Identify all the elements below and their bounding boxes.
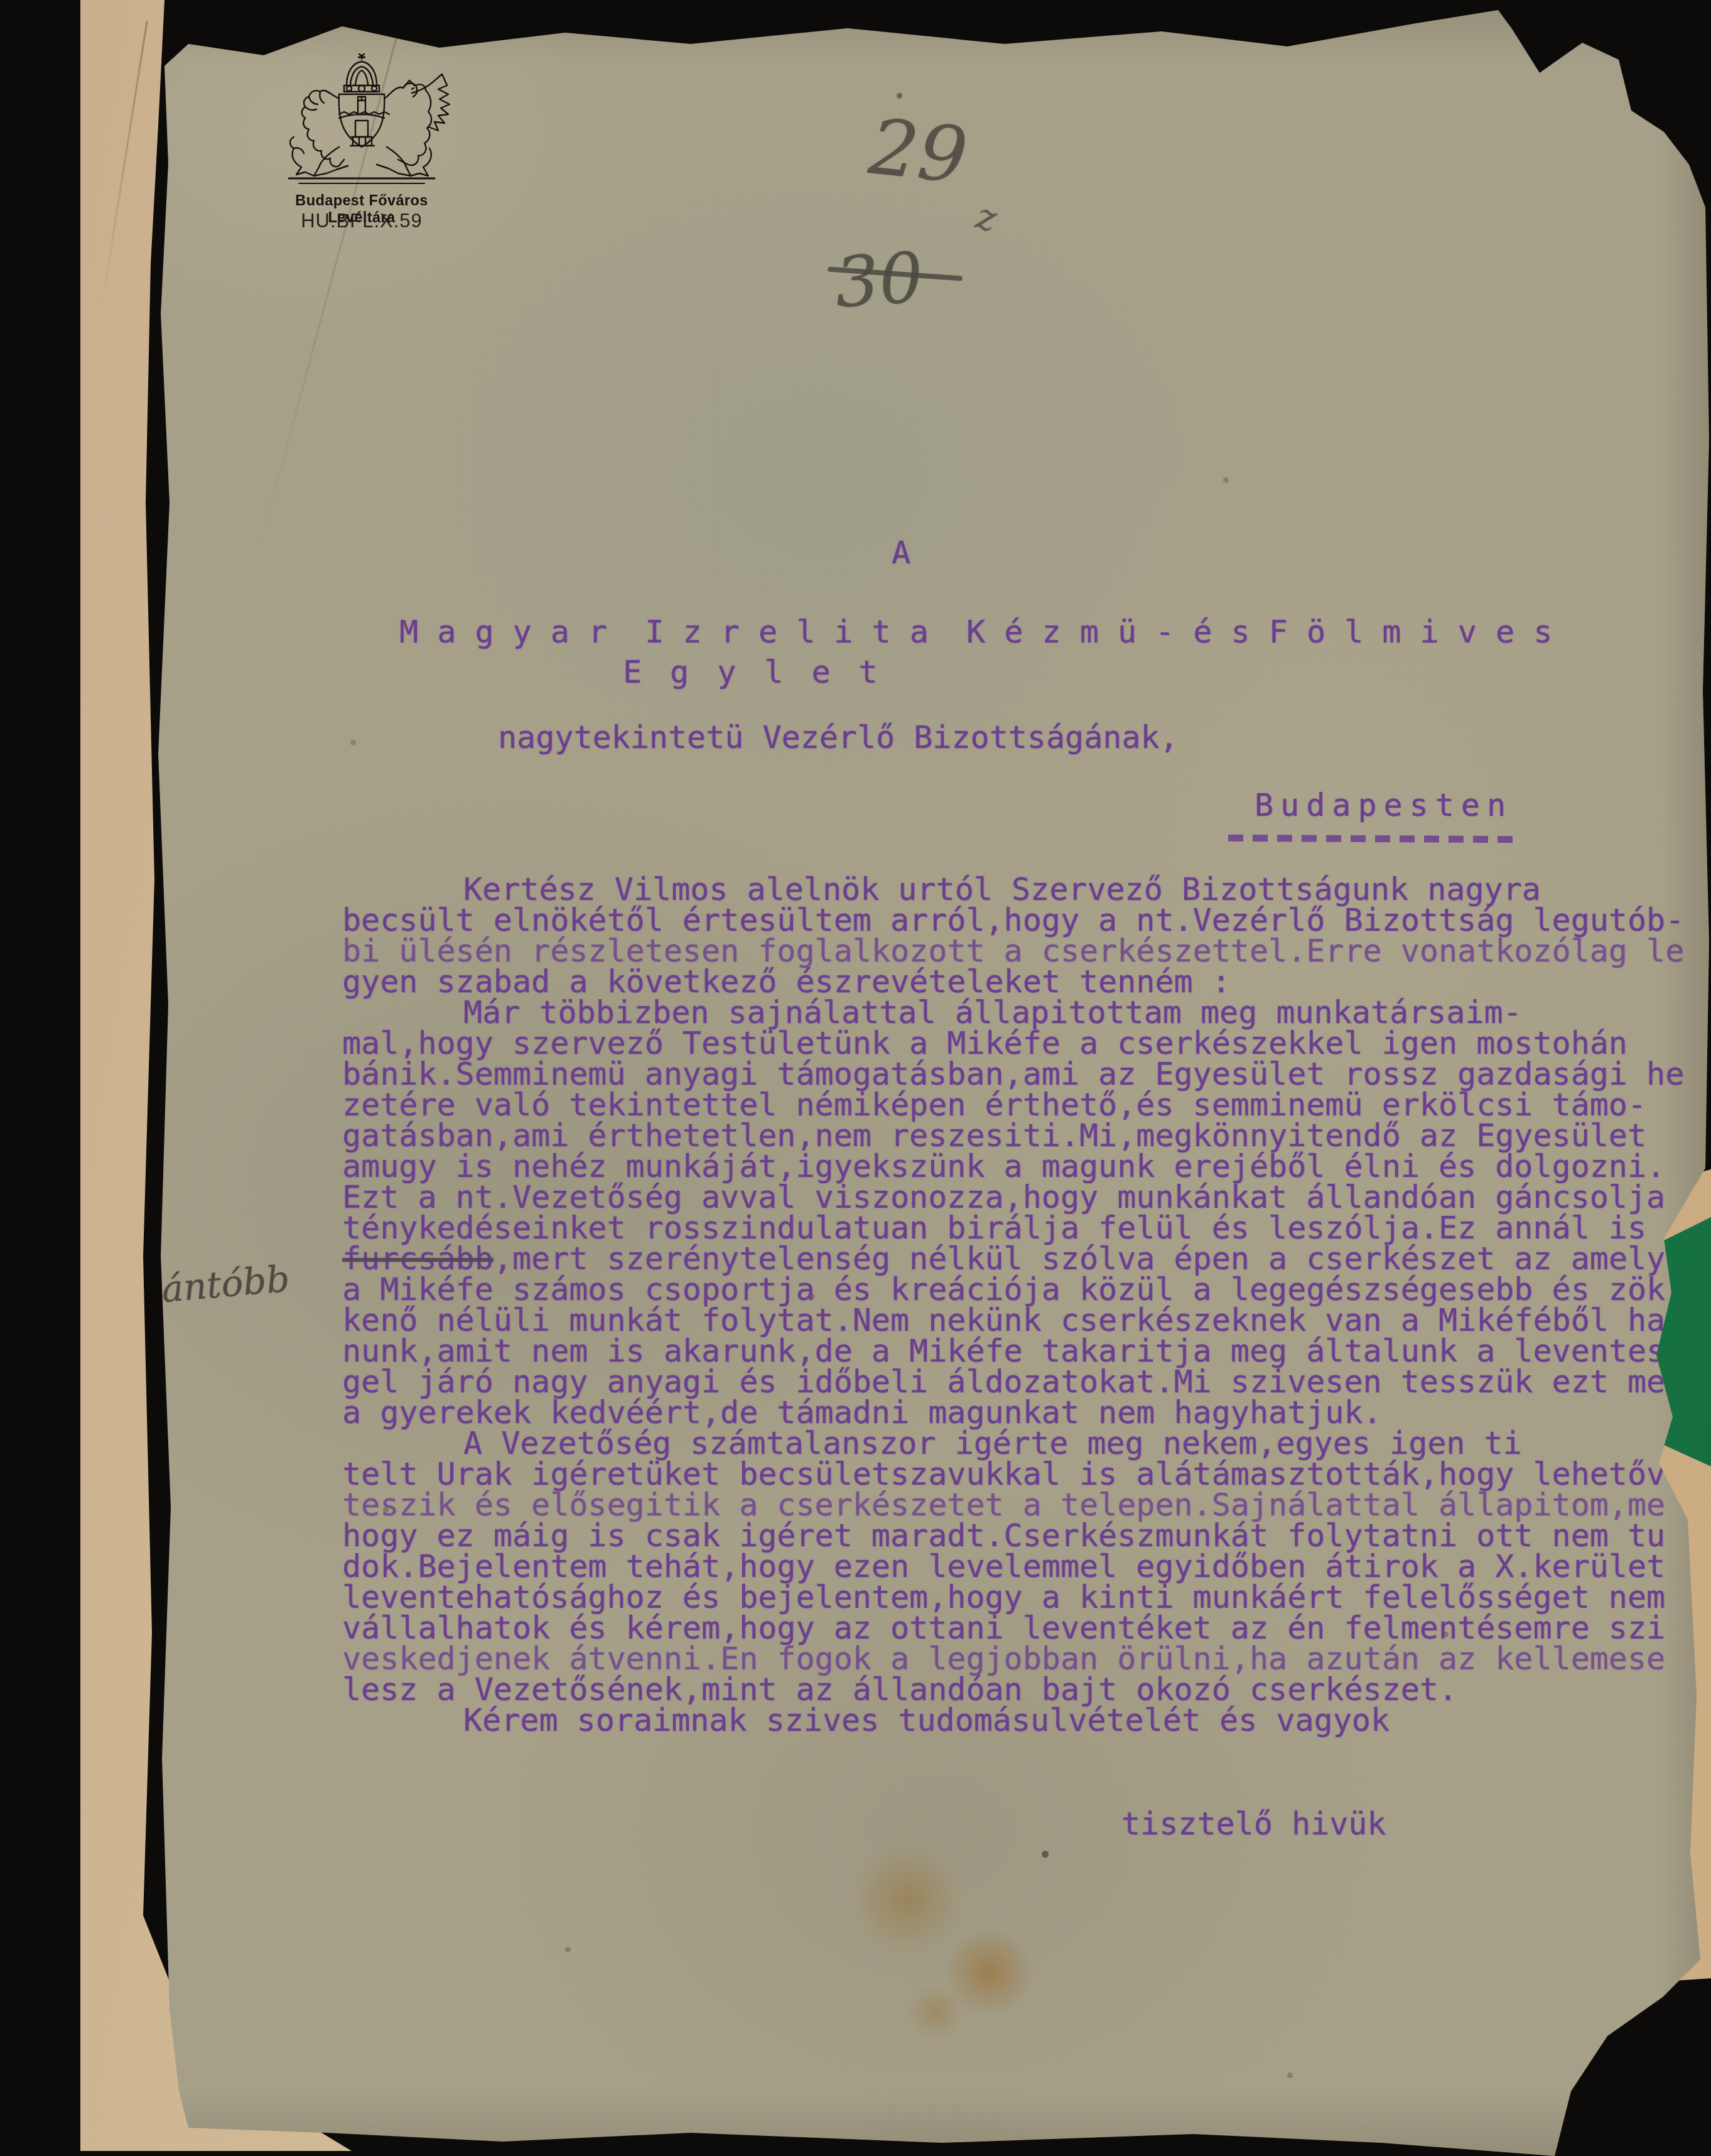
- body-line: kenő nélüli munkát folytat.Nem nekünk cs…: [0, 1305, 1711, 1336]
- body-line: a gyerekek kedvéért,de támadni magunkat …: [0, 1397, 1711, 1428]
- scanned-document-page: Budapest Főváros Levéltára HU.BFL.X.59 2…: [0, 0, 1711, 2156]
- body-line-text: Kérem soraimnak szives tudomásulvételét …: [463, 1702, 1390, 1738]
- body-line: bánik.Semminemü anyagi támogatásban,ami …: [0, 1059, 1711, 1090]
- paper-specks: [0, 0, 3, 3]
- archive-stamp: Budapest Főváros Levéltára HU.BFL.X.59: [264, 53, 460, 186]
- pencil-number-30-crossed: 30: [833, 237, 926, 323]
- paper-stain: [848, 1846, 967, 1953]
- body-line: nunk,amit nem is akarunk,de a Mikéfe tak…: [0, 1336, 1711, 1367]
- body-line: veskedjenek átvenni.En fogok a legjobban…: [0, 1644, 1711, 1674]
- pencil-side-mark: z: [972, 194, 1001, 240]
- archive-reference: HU.BFL.X.59: [264, 210, 460, 232]
- pencil-tick: [897, 93, 902, 99]
- body-line: Kérem soraimnak szives tudomásulvételét …: [0, 1705, 1711, 1736]
- org-name-line2: Egylet: [623, 657, 906, 688]
- coat-of-arms-icon: [264, 53, 460, 186]
- body-line: gatásban,ami érthetetlen,nem reszesiti.M…: [0, 1120, 1711, 1151]
- closing-line: tisztelő hivük: [1121, 1809, 1386, 1839]
- body-line: hogy ez máig is csak igéret maradt.Cserk…: [0, 1520, 1711, 1551]
- org-name-line1: M a g y a r I z r e l i t a K é z m ü - …: [399, 617, 1552, 647]
- body-line: vállalhatok és kérem,hogy az ottani leve…: [0, 1613, 1711, 1644]
- body-line: A Vezetőség számtalanszor igérte meg nek…: [0, 1428, 1711, 1459]
- paper-stain: [942, 1928, 1036, 2016]
- body-line: telt Urak igéretüket becsületszavukkal i…: [0, 1459, 1711, 1490]
- body-line: Már többizben sajnálattal állapitottam m…: [0, 997, 1711, 1028]
- body-line: ténykedéseinket rosszindulatuan birálja …: [0, 1213, 1711, 1243]
- body-line: lesz a Vezetősének,mint az állandóan baj…: [0, 1674, 1711, 1705]
- body-line: gyen szabad a következő észrevételeket t…: [0, 967, 1711, 997]
- city-dashed-underline: [1228, 835, 1514, 843]
- body-line: becsült elnökétől értesültem arról,hogy …: [0, 905, 1711, 936]
- body-line: mal,hogy szervező Testületünk a Mikéfe a…: [0, 1028, 1711, 1059]
- body-line-text: veskedjenek átvenni.En fogok a legjobban…: [342, 1640, 1665, 1677]
- letter-article: A: [892, 538, 910, 568]
- body-line: gel járó nagy anyagi és időbeli áldozato…: [0, 1367, 1711, 1397]
- body-line: zetére való tekintettel némiképen érthet…: [0, 1090, 1711, 1120]
- body-line: bi ülésén részletesen foglalkozott a cse…: [0, 936, 1711, 967]
- letter-sheet: Budapest Főváros Levéltára HU.BFL.X.59 2…: [0, 0, 1711, 2156]
- body-line-text: bi ülésén részletesen foglalkozott a cse…: [342, 933, 1684, 969]
- body-line: teszik és elősegitik a cserkészetet a te…: [0, 1490, 1711, 1520]
- pencil-number-29: 29: [865, 102, 971, 200]
- body-line: amugy is nehéz munkáját,igyekszünk a mag…: [0, 1151, 1711, 1182]
- body-line: Ezt a nt.Vezetőség avval viszonozza,hogy…: [0, 1182, 1711, 1213]
- address-line: nagytekintetü Vezérlő Bizottságának,: [498, 722, 1179, 753]
- body-line-text: teszik és elősegitik a cserkészetet a te…: [342, 1487, 1665, 1523]
- body-line: leventehatósághoz és bejelentem,hogy a k…: [0, 1582, 1711, 1613]
- body-line: dok.Bejelentem tehát,hogy ezen levelemme…: [0, 1551, 1711, 1582]
- body-line: Kertész Vilmos alelnök urtól Szervező Bi…: [0, 874, 1711, 905]
- paper-stain: [904, 1985, 967, 2041]
- city-line: Budapesten: [1255, 790, 1513, 821]
- letter-body: Kertész Vilmos alelnök urtól Szervező Bi…: [0, 874, 1711, 1736]
